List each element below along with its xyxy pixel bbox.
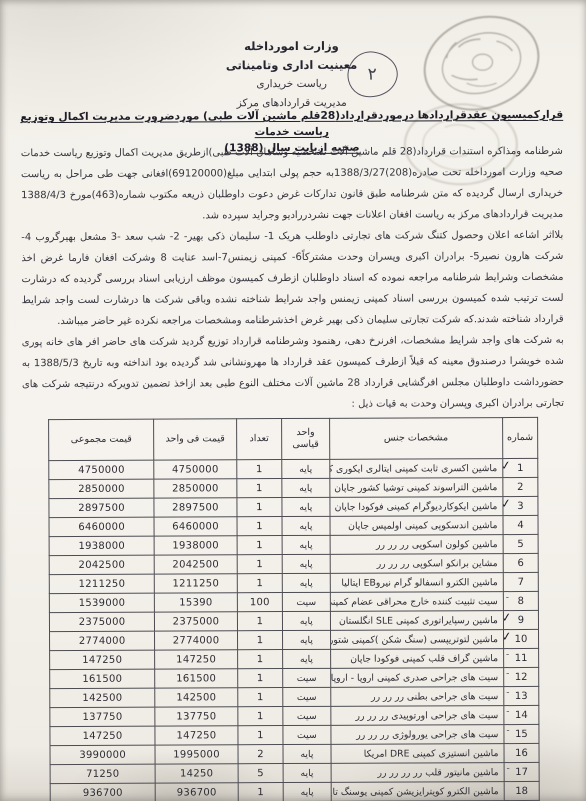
unit-cell: پایه — [283, 630, 331, 649]
scanned-document-page: ۲ وزارت امورداخله معینیت اداری وتامیناتی… — [0, 0, 586, 801]
unit-price-cell: 2042500 — [154, 555, 237, 574]
total-price-cell: 4750000 — [49, 460, 154, 479]
quantity-cell: 1 — [237, 536, 282, 555]
row-number-cell: 10✓ — [503, 629, 538, 648]
table-row: 13-سیت های جراحی بطنی رر رر ررسیت1142500… — [50, 686, 539, 707]
handwritten-tick-icon: ✓ — [503, 610, 513, 625]
total-price-cell: 137750 — [50, 707, 155, 726]
unit-cell: پایه — [283, 782, 331, 801]
total-price-cell: 147250 — [50, 650, 155, 669]
col-header-spec: مشخصات جنس — [329, 418, 502, 460]
unit-price-cell: 161500 — [155, 669, 238, 688]
row-number-cell: 8-– — [503, 591, 538, 610]
total-price-cell: 2042500 — [49, 555, 154, 574]
row-number-cell: 2 — [503, 477, 538, 496]
row-number-cell: 12-· — [504, 667, 539, 686]
table-row: 12-·سیت های جراحی صدری کمپنی اروپا - ارو… — [50, 667, 539, 688]
items-table: شماره مشخصات جنس واحد قیاسی تعداد قیمت ف… — [48, 417, 540, 801]
unit-cell: سیت — [283, 592, 331, 611]
table-row: 11-·ماشین گراف قلب کمپنی فوکودا جاپانپای… — [50, 648, 539, 669]
total-price-cell: 3990000 — [50, 745, 155, 764]
letterhead: وزارت امورداخله معینیت اداری وتامیناتی ر… — [0, 37, 585, 116]
unit-cell: پایه — [282, 459, 330, 478]
unit-cell: سیت — [283, 668, 331, 687]
unit-cell: پایه — [283, 763, 331, 782]
row-number-cell: 1✓ — [503, 458, 538, 477]
item-spec-cell: سیت تثبیت کننده خارج محراقی عضام کمپنی ه… — [330, 592, 503, 612]
total-price-cell: 161500 — [50, 669, 155, 688]
paragraph-bidders-list: بلااثر اشاعه اعلان وحصول کتنگ شرکت های ت… — [21, 225, 563, 332]
total-price-cell: 2897500 — [49, 498, 154, 517]
quantity-cell: 1 — [237, 612, 282, 631]
unit-price-cell: 147250 — [155, 650, 238, 669]
unit-cell: سیت — [283, 706, 331, 725]
items-table-body: 1✓ماشین اکسری ثابت کمپنی ایتالری ایکوری … — [49, 458, 539, 801]
total-price-cell: 71250 — [50, 764, 155, 783]
row-number-cell: 3✓ — [503, 496, 538, 515]
row-number-cell: 14- — [504, 705, 539, 724]
item-spec-cell: سیت های جراحی صدری کمپنی اروپا - اروپا — [330, 668, 503, 688]
unit-cell: پایه — [283, 611, 331, 630]
quantity-cell: 1 — [237, 574, 282, 593]
total-price-cell: 2850000 — [49, 479, 154, 498]
unit-cell: پایه — [282, 516, 330, 535]
unit-price-cell: 147250 — [155, 726, 238, 745]
table-row: 10✓ماشین لتوتریپسی (سنگ شکن )کمپنی شتورز… — [50, 629, 539, 650]
handwritten-tick-icon: ✓ — [503, 458, 513, 473]
total-price-cell: 2375000 — [49, 612, 154, 631]
unit-price-cell: 1211250 — [155, 574, 238, 593]
quantity-cell: 1 — [237, 669, 282, 688]
unit-price-cell: 1938000 — [154, 536, 237, 555]
handwritten-dash-icon: - — [506, 669, 509, 679]
quantity-cell: 1 — [238, 726, 283, 745]
unit-price-cell: 137750 — [155, 707, 238, 726]
row-number-cell: 15- — [504, 724, 539, 743]
total-price-cell: 1938000 — [49, 536, 154, 555]
unit-cell: پایه — [282, 497, 330, 516]
total-price-cell: 142500 — [50, 688, 155, 707]
table-row: 1✓ماشین اکسری ثابت کمپنی ایتالری ایکوری … — [49, 458, 538, 479]
handwritten-dash-icon: - — [506, 707, 509, 717]
unit-price-cell: 142500 — [155, 688, 238, 707]
row-number-cell: 17-– — [504, 762, 539, 781]
handwritten-dash-icon: - — [506, 688, 509, 698]
handwritten-tick-icon: ✓ — [503, 629, 513, 644]
quantity-cell: 2 — [238, 745, 283, 764]
col-header-quantity: تعداد — [236, 419, 282, 460]
item-spec-cell: ماشین الکترو انسفالو گرام نیروEB ایتالیا — [330, 573, 503, 593]
col-header-unit-price: قیمت فی واحد — [154, 419, 237, 460]
table-row: 8-–سیت تثبیت کننده خارج محراقی عضام کمپن… — [49, 591, 538, 612]
unit-price-cell: 15390 — [155, 593, 238, 612]
unit-price-cell: 1995000 — [155, 745, 238, 764]
table-row: 5ماشین کولون اسکوپی رر رر ررپایه11938000… — [49, 534, 538, 555]
document-title-line1: قرارکمیسیون عقدقراردادها درموردقرارداد(2… — [17, 107, 567, 141]
item-spec-cell: ماشین الکترو کویترایزیشن کمپنی یوسنگ تای… — [331, 782, 504, 801]
table-row: 14-سیت های جراحی اورتوپیدی رر رر ررسیت11… — [50, 705, 539, 726]
unit-price-cell: 6460000 — [154, 517, 237, 536]
col-header-number: شماره — [503, 417, 538, 458]
quantity-cell: 100 — [237, 593, 282, 612]
row-number-cell: 5 — [503, 534, 538, 553]
unit-price-cell: 14250 — [155, 764, 238, 783]
unit-price-cell: 4750000 — [154, 460, 237, 479]
total-price-cell: 936700 — [50, 783, 155, 801]
unit-price-cell: 2774000 — [155, 631, 238, 650]
items-table-header: شماره مشخصات جنس واحد قیاسی تعداد قیمت ف… — [49, 417, 538, 460]
unit-price-cell: 936700 — [155, 783, 238, 801]
quantity-cell: 1 — [237, 498, 282, 517]
row-number-cell: 4 — [503, 515, 538, 534]
header-row: شماره مشخصات جنس واحد قیاسی تعداد قیمت ف… — [49, 417, 538, 460]
unit-price-cell: 2850000 — [154, 479, 237, 498]
quantity-cell: 1 — [237, 631, 282, 650]
item-spec-cell: ماشین کولون اسکوپی رر رر رر — [330, 535, 503, 555]
total-price-cell: 1211250 — [49, 574, 154, 593]
row-number-cell: 13- — [504, 686, 539, 705]
item-spec-cell: ماشین انستیزی کمپنی DRE امریکا — [331, 744, 504, 764]
item-spec-cell: ماشین گراف قلب کمپنی فوکودا جاپان — [330, 649, 503, 669]
item-spec-cell: ماشین اکسری ثابت کمپنی ایتالری ایکوری کش… — [329, 459, 502, 479]
table-row: 17-–ماشین مانیتور قلب رر رر رر ررپایه514… — [50, 762, 539, 783]
unit-price-cell: 2375000 — [155, 612, 238, 631]
ministry-name: وزارت امورداخله — [0, 37, 584, 57]
item-spec-cell: ماشین مانیتور قلب رر رر رر رر — [331, 763, 504, 783]
table-row: 9✓ماشین رسپایراتوری کمپنی SLE انگلستانپا… — [49, 610, 538, 631]
col-header-total-price: قیمت مجموعی — [49, 419, 154, 460]
handwritten-dash-icon: - — [507, 764, 510, 774]
col-header-unit: واحد قیاسی — [282, 418, 330, 459]
total-price-cell: 2774000 — [50, 631, 155, 650]
unit-cell: پایه — [282, 535, 330, 554]
document-body: شرطنامه ومذاکره استندات قرارداد(28 قلم م… — [21, 141, 564, 416]
quantity-cell: 1 — [238, 688, 283, 707]
quantity-cell: 1 — [238, 707, 283, 726]
unit-cell: پایه — [282, 478, 330, 497]
unit-cell: پایه — [283, 744, 331, 763]
row-number-cell: 9✓ — [503, 610, 538, 629]
item-spec-cell: سیت های جراحی اورتوپیدی رر رر رر — [330, 706, 503, 726]
item-spec-cell: ماشین لتوتریپسی (سنگ شکن )کمپنی شتورز جر… — [330, 630, 503, 650]
item-spec-cell: سیت های جراحی بطنی رر رر رر — [330, 687, 503, 707]
table-row: 16ماشین انستیزی کمپنی DRE امریکاپایه2199… — [50, 743, 539, 764]
handwritten-dash-icon: - — [506, 650, 509, 660]
row-number-cell: 18 — [504, 781, 539, 800]
table-row: 6مشاین برانکو اسکوپی رر رر ررپایه1204250… — [49, 553, 538, 574]
quantity-cell: 5 — [238, 764, 283, 783]
item-spec-cell: مشاین برانکو اسکوپی رر رر رر — [330, 554, 503, 574]
quantity-cell: 1 — [238, 783, 283, 801]
item-spec-cell: ماشین التراسوند کمپنی توشیا کشور جاپان — [329, 478, 502, 498]
quantity-cell: 1 — [237, 517, 282, 536]
quantity-cell: 1 — [237, 460, 282, 479]
paragraph-bid-opening: به شرکت های واجد شرایط مشخصات، افرنرخ ده… — [22, 330, 564, 416]
paragraph-tender-issue: شرطنامه ومذاکره استندات قرارداد(28 قلم م… — [21, 141, 563, 227]
item-spec-cell: سیت های جراحی یورولوژی رر رر رر — [331, 725, 504, 745]
table-row: 18ماشین الکترو کویترایزیشن کمپنی یوسنگ ت… — [50, 781, 539, 801]
unit-cell: پایه — [282, 573, 330, 592]
total-price-cell: 147250 — [50, 726, 155, 745]
row-number-cell: 7 — [503, 572, 538, 591]
unit-cell: سیت — [283, 725, 331, 744]
table-row: 4ماشین اندسکوپی کمپنی اولمپس جاپانپایه16… — [49, 515, 538, 536]
row-number-cell: 6 — [503, 553, 538, 572]
row-number-cell: 11-· — [504, 648, 539, 667]
table-row: 3✓ماشین ایکوکاردیوگرام کمپنی فوکودا جاپا… — [49, 496, 538, 517]
handwritten-dash-icon: - — [506, 593, 509, 603]
table-row: 7ماشین الکترو انسفالو گرام نیروEB ایتالی… — [49, 572, 538, 593]
table-row: 15-سیت های جراحی یورولوژی رر رر ررسیت114… — [50, 724, 539, 745]
row-number-cell: 16 — [504, 743, 539, 762]
directorate-name: ریاست خریداری — [0, 75, 585, 95]
item-spec-cell: ماشین اندسکوپی کمپنی اولمپس جاپان — [330, 516, 503, 536]
handwritten-tick-icon: ✓ — [503, 496, 513, 511]
handwritten-dash-icon: - — [506, 726, 509, 736]
deputy-ministry-name: معینیت اداری وتامیناتی — [0, 56, 585, 76]
total-price-cell: 1539000 — [49, 593, 154, 612]
unit-cell: پایه — [282, 554, 330, 573]
item-spec-cell: ماشین ایکوکاردیوگرام کمپنی فوکودا جاپان — [330, 497, 503, 517]
unit-price-cell: 2897500 — [154, 498, 237, 517]
table-row: 2ماشین التراسوند کمپنی توشیا کشور جاپانپ… — [49, 477, 538, 498]
quantity-cell: 1 — [237, 555, 282, 574]
item-spec-cell: ماشین رسپایراتوری کمپنی SLE انگلستان — [330, 611, 503, 631]
quantity-cell: 1 — [237, 650, 282, 669]
unit-cell: پایه — [283, 649, 331, 668]
total-price-cell: 6460000 — [49, 517, 154, 536]
quantity-cell: 1 — [237, 479, 282, 498]
unit-cell: سیت — [283, 687, 331, 706]
